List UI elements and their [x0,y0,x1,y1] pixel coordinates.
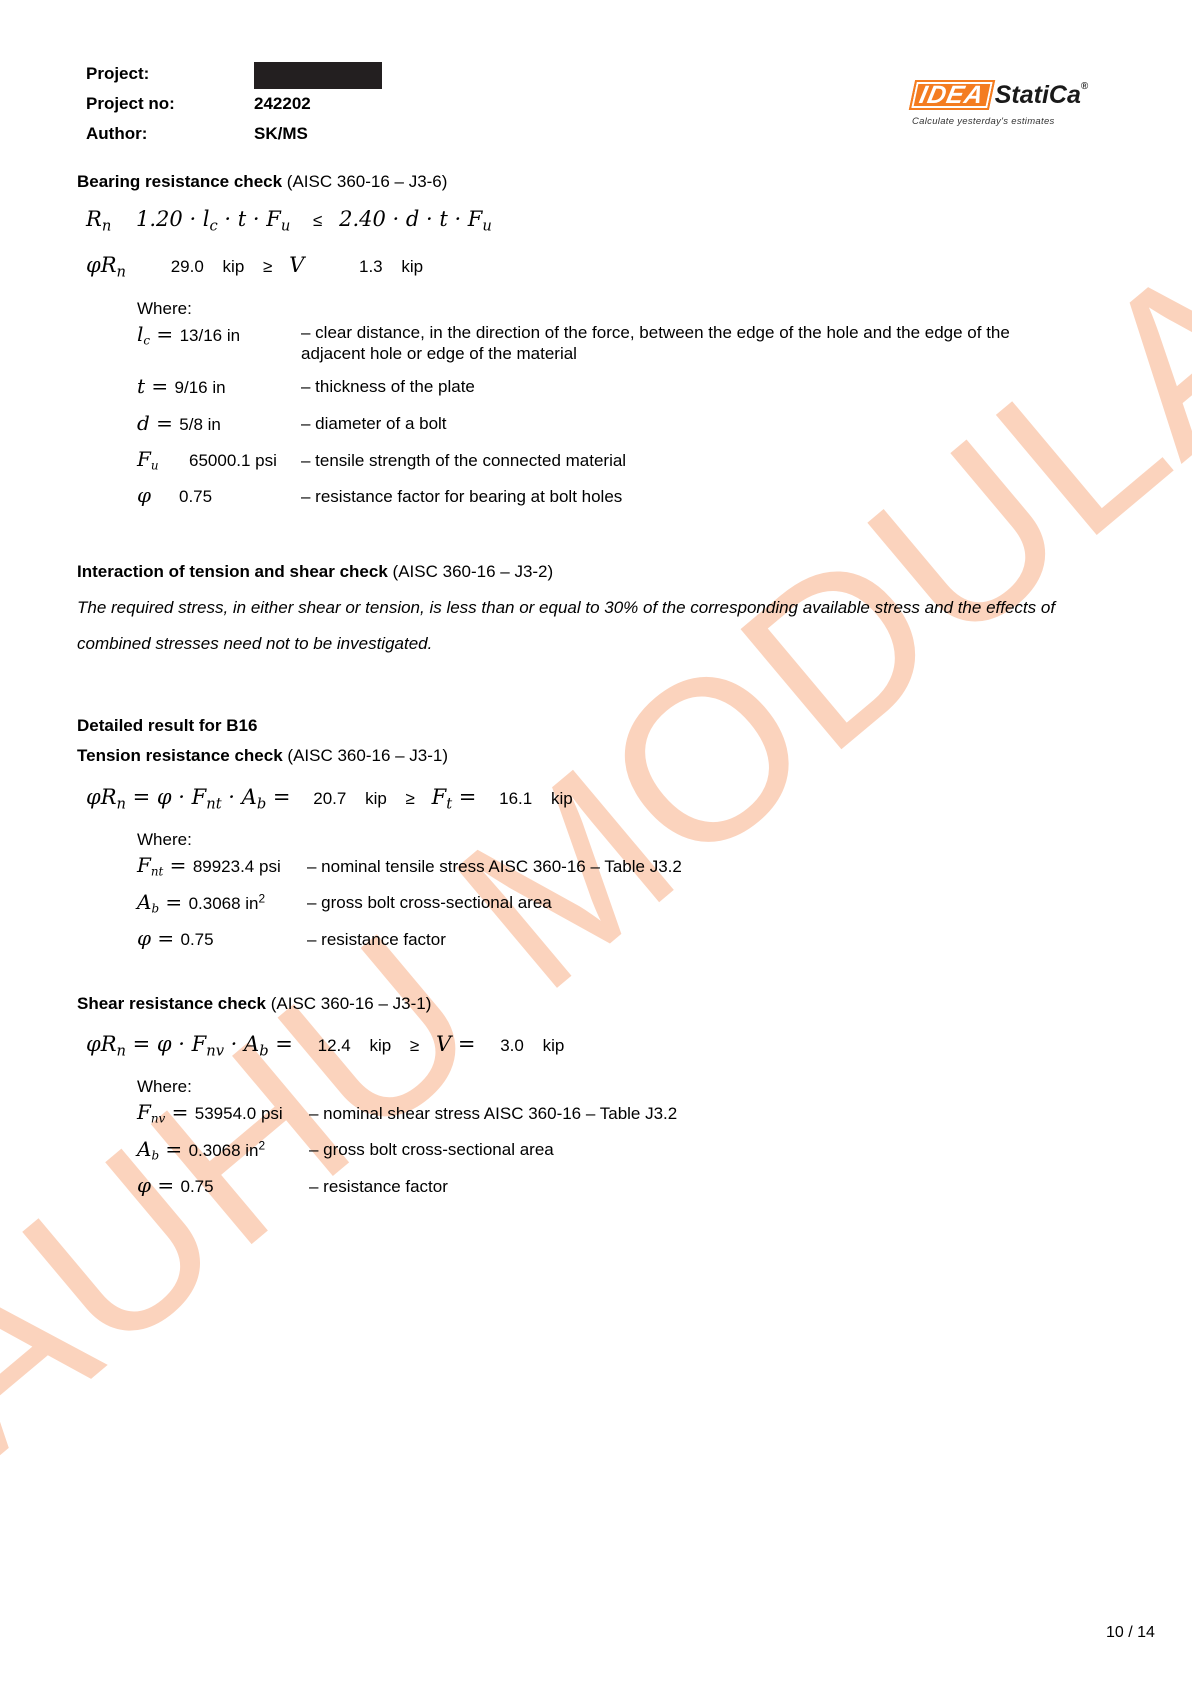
var-ab-tension: Ab = 0.3068 in2 [137,890,265,914]
document-page: Project: Project no: 242202 Author: SK/M… [0,0,1192,1684]
tension-equation: φRn = φ · Fnt · Ab = 20.7 kip ≥ Ft = 16.… [86,785,573,809]
tension-title: Tension resistance check (AISC 360-16 – … [77,746,448,766]
interaction-note-line2: combined stresses need not to be investi… [77,634,432,654]
shear-equation: φRn = φ · Fnv · Ab = 12.4 kip ≥ V = 3.0 … [86,1032,564,1056]
var-phi: φ [137,483,151,507]
page-number: 10 / 14 [1106,1624,1155,1642]
var-ab-shear: Ab = 0.3068 in2 [137,1137,265,1161]
idea-statica-logo: IDEAStatiCa® [912,80,1088,110]
var-fnt-desc: – nominal tensile stress AISC 360-16 – T… [307,857,682,877]
bearing-equation-2: φRn 29.0 kip ≥ V 1.3 kip [86,253,423,277]
var-phi-tension: φ = 0.75 [137,926,214,950]
detail-title: Detailed result for B16 [77,716,257,736]
tension-load-value: 16.1 [499,789,532,808]
bearing-equation-1: Rn 1.20 · lc · t · Fu ≤ 2.40 · d · t · F… [86,207,492,231]
bearing-resistance-value: 29.0 [171,257,204,276]
shear-where-label: Where: [137,1077,192,1097]
var-t-desc: – thickness of the plate [301,377,475,397]
var-fu: Fu [137,447,159,471]
project-no-label: Project no: [86,94,175,114]
shear-load-value: 3.0 [500,1036,524,1055]
var-ab-tension-desc: – gross bolt cross-sectional area [307,893,552,913]
author-label: Author: [86,124,147,144]
var-t: t = 9/16 in [137,374,226,398]
var-phi-shear-desc: – resistance factor [309,1177,448,1197]
interaction-note-line1: The required stress, in either shear or … [77,598,1055,618]
bearing-where-label: Where: [137,299,192,319]
logo-name: StatiCa® [995,81,1089,110]
tension-where-label: Where: [137,830,192,850]
project-value-redacted [254,62,382,89]
tension-resistance-value: 20.7 [313,789,346,808]
var-lc-desc: – clear distance, in the direction of th… [301,323,1010,343]
project-no-value: 242202 [254,94,311,114]
var-phi-tension-desc: – resistance factor [307,930,446,950]
var-phi-value: 0.75 [179,487,212,507]
var-fnt: Fnt = 89923.4 psi [137,853,281,877]
logo-tagline: Calculate yesterday's estimates [912,116,1055,127]
shear-title: Shear resistance check (AISC 360-16 – J3… [77,994,431,1014]
var-phi-desc: – resistance factor for bearing at bolt … [301,487,622,507]
author-value: SK/MS [254,124,308,144]
var-ab-shear-desc: – gross bolt cross-sectional area [309,1140,554,1160]
bearing-load-value: 1.3 [359,257,383,276]
var-fnv-desc: – nominal shear stress AISC 360-16 – Tab… [309,1104,677,1124]
var-fu-value: 65000.1 psi [189,451,277,471]
var-phi-shear: φ = 0.75 [137,1173,214,1197]
shear-resistance-value: 12.4 [318,1036,351,1055]
var-lc-desc-2: adjacent hole or edge of the material [301,344,577,364]
var-d-desc: – diameter of a bolt [301,414,447,434]
interaction-title: Interaction of tension and shear check (… [77,562,553,582]
logo-mark: IDEA [909,80,995,110]
var-lc: lc = 13/16 in [137,322,240,346]
var-fu-desc: – tensile strength of the connected mate… [301,451,626,471]
bearing-title: Bearing resistance check (AISC 360-16 – … [77,172,447,192]
project-label: Project: [86,64,149,84]
var-fnv: Fnv = 53954.0 psi [137,1100,283,1124]
var-d: d = 5/8 in [137,411,221,435]
